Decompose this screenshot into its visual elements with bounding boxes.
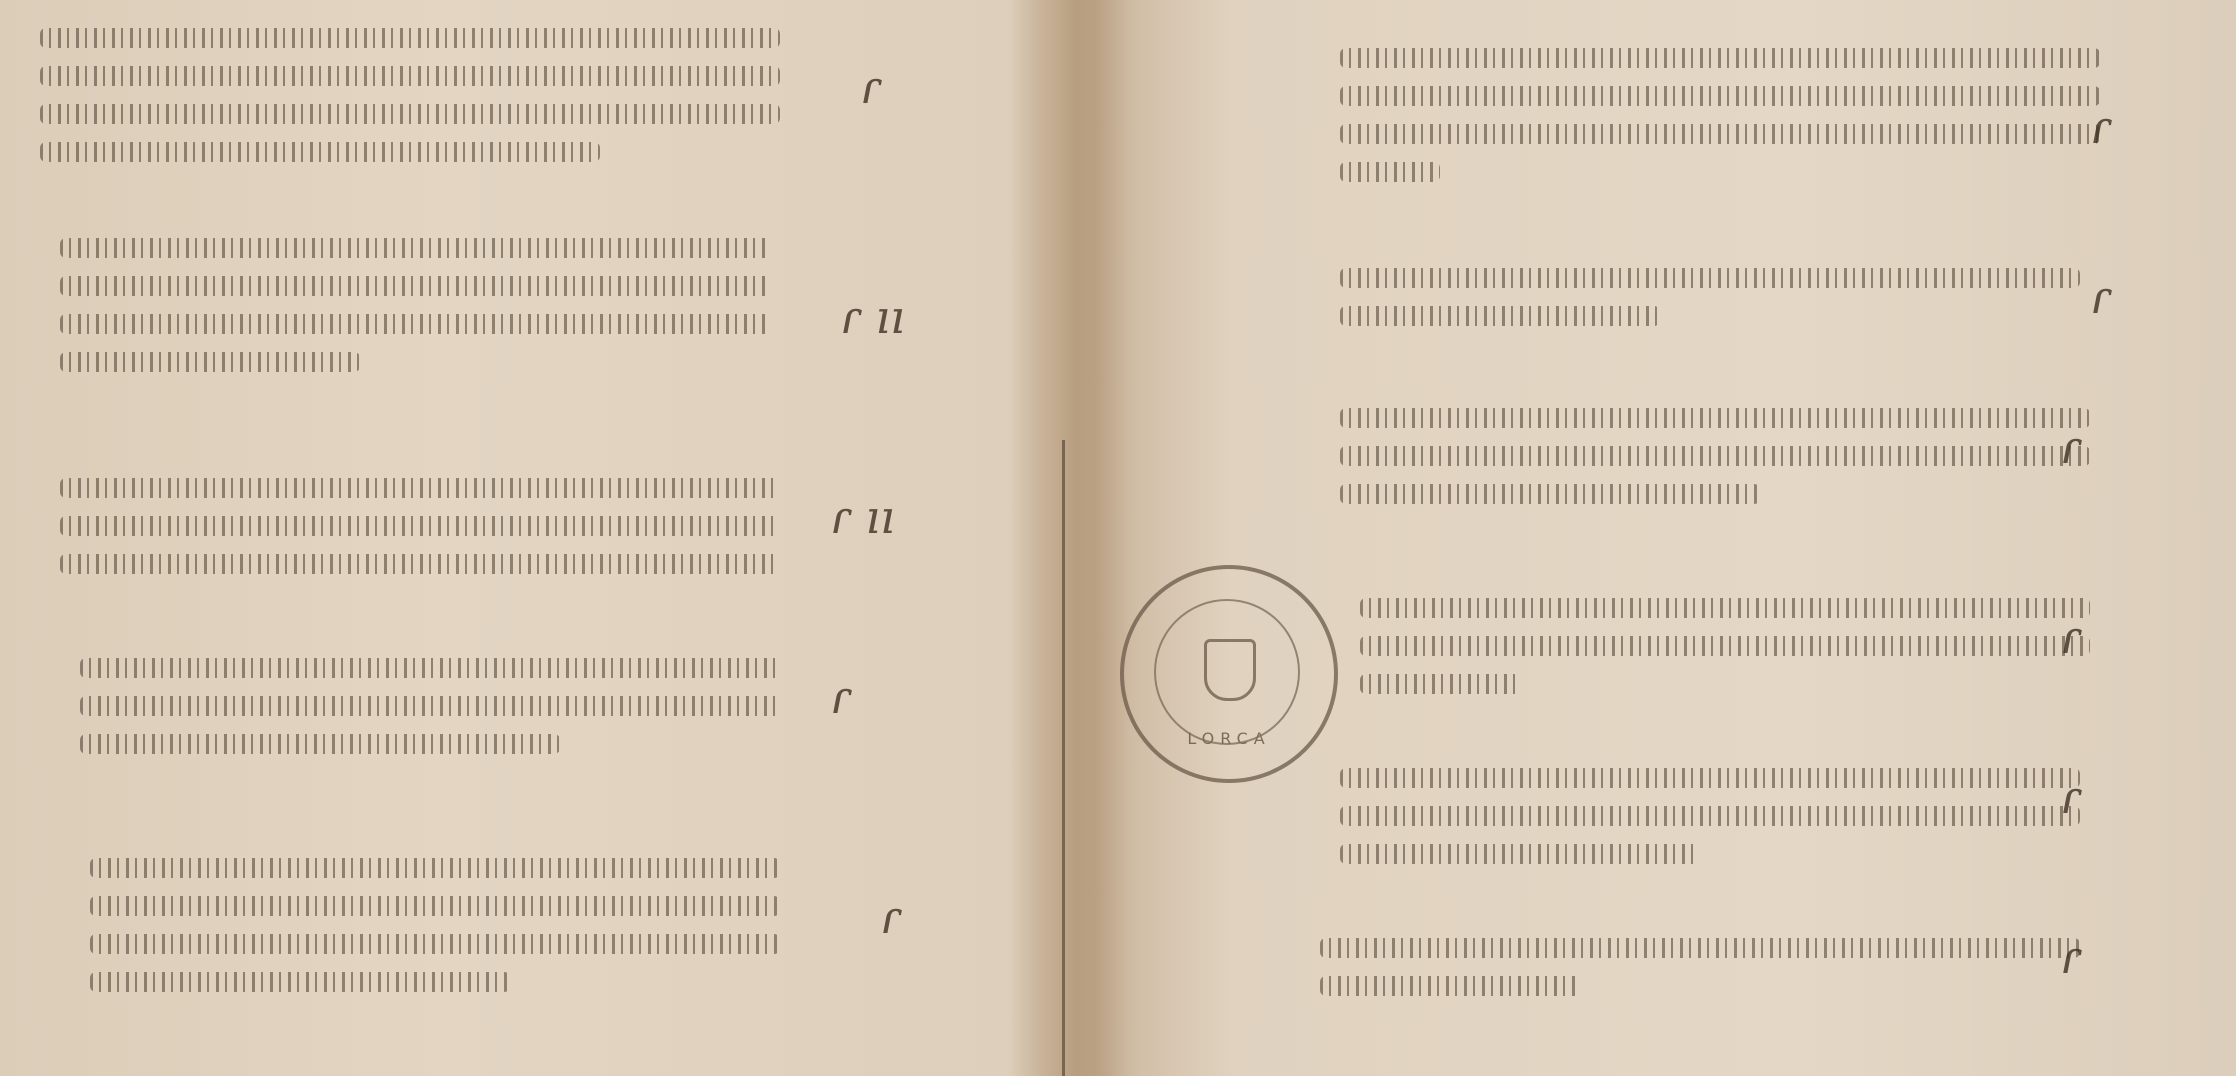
margin-mark: ɾ xyxy=(880,890,901,944)
entry xyxy=(80,650,780,764)
entry xyxy=(1340,760,2080,874)
entry xyxy=(60,230,770,382)
archive-stamp: LORCA xyxy=(1120,565,1338,783)
entry xyxy=(1320,930,2080,1006)
manuscript-photo: ɾ ɾ ıı ɾ ıı ɾ ɾ xyxy=(0,0,2236,1076)
entry xyxy=(90,850,780,1002)
margin-mark: ɾ xyxy=(2090,270,2111,324)
margin-mark: ɾ xyxy=(830,670,851,724)
margin-mark: ɾ xyxy=(2060,770,2081,824)
entry xyxy=(1340,400,2090,514)
entry xyxy=(1340,40,2100,192)
margin-mark: ɾ xyxy=(2060,930,2081,984)
entry xyxy=(60,470,780,584)
right-page: ɾ ɾ ɾ ɾ ɾ ɾ xyxy=(1140,0,2236,1076)
stamp-text: LORCA xyxy=(1124,729,1334,748)
margin-mark: ɾ ıı xyxy=(830,490,895,544)
margin-mark: ɾ xyxy=(2060,610,2081,664)
page-fold xyxy=(1010,0,1130,1076)
margin-mark: ɾ xyxy=(860,60,881,114)
gutter-line xyxy=(1062,440,1065,1076)
entry xyxy=(1340,260,2080,336)
margin-mark: ɾ xyxy=(2060,420,2081,474)
coat-of-arms-icon xyxy=(1204,639,1256,701)
margin-mark: ɾ ıı xyxy=(840,290,905,344)
entry xyxy=(1360,590,2090,704)
margin-mark: ɾ xyxy=(2090,100,2111,154)
entry xyxy=(40,20,780,172)
left-page: ɾ ɾ ıı ɾ ıı ɾ ɾ xyxy=(0,0,1000,1076)
